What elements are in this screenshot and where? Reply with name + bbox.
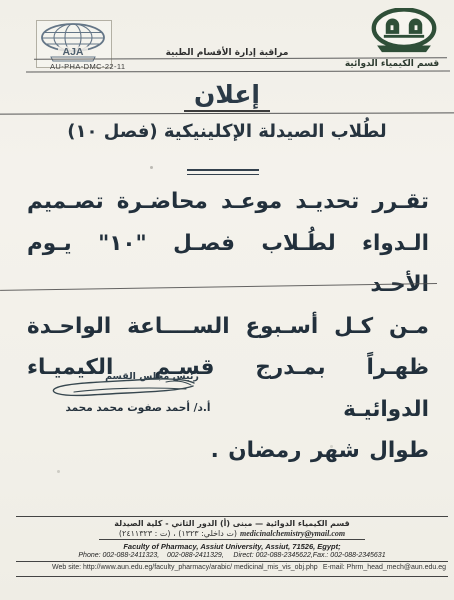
footer-ar-phones: (ت داخلي: ١٣٢٣) ، (ت : ٢٤١١٣٢٣) (119, 529, 237, 538)
header-center-label: مراقبة إدارة الأقسام الطبية (127, 48, 327, 58)
footer-bottom-rule (16, 576, 448, 577)
body-line-5: طوال شهر رمضان . (27, 430, 429, 472)
footer-web-row: Web site: http://www.aun.edu.eg/faculty_… (16, 562, 448, 573)
announcement-body: تقـرر تحديـد موعـد محاضـرة تصـميم الـدوا… (27, 181, 429, 472)
body-line-3: مـن كـل أسـبوع الســــاعة الواحـدة (27, 306, 429, 348)
scan-speck (150, 166, 153, 169)
subtitle-underline (187, 169, 259, 175)
signature-scribble-icon (46, 377, 198, 404)
footer-ar-underline (99, 539, 365, 540)
department-label: قسم الكيمياء الدوائية (336, 59, 448, 69)
scan-speck (330, 445, 333, 448)
document-code: AU-PHA-DMC-22-11 (50, 62, 125, 71)
scanned-document-page: AJA AU-PHA-DMC-22-11 مراقبة إدارة الأقسا… (0, 0, 454, 600)
aja-globe-logo-icon: AJA (36, 20, 112, 68)
footer-ar-address: قسم الكيمياء الدوائية — مبنى (أ) الدور ا… (16, 519, 448, 528)
footer-ar-contacts: medicinalchemistry@ymail.com (ت داخلي: ١… (16, 529, 448, 538)
signatory-name: أ.د/ أحمد صفوت محمد محمد (42, 402, 234, 414)
body-line-1: تقـرر تحديـد موعـد محاضـرة تصـميم (27, 181, 429, 223)
footer-dept-email: medicinalchemistry@ymail.com (240, 529, 345, 538)
footer-en-phones: Phone: 002-088-2411323, 002-088-2411329,… (16, 552, 448, 559)
body-line-2: الـدواء لطُـلاب فصـل "١٠" يـوم الأحـد (27, 223, 429, 306)
university-emblem-icon (370, 8, 438, 56)
footer-en-address: Faculty of Pharmacy, Assiut University, … (16, 542, 448, 551)
announcement-title: إعلان (184, 80, 270, 112)
header-rule-bottom (26, 70, 450, 72)
title-row: إعلان (0, 80, 454, 112)
footer-website: Web site: http://www.aun.edu.eg/faculty_… (52, 564, 318, 571)
title-divider (0, 112, 454, 114)
document-footer: قسم الكيمياء الدوائية — مبنى (أ) الدور ا… (16, 516, 448, 577)
announcement-subtitle: لطُلاب الصيدلة الإكلينيكية (فصل ١٠) (0, 121, 454, 142)
footer-email: E-mail: Phrm_head_mech@aun.edu.eg (323, 564, 446, 571)
scan-speck (57, 470, 60, 473)
aja-logo-text: AJA (62, 46, 83, 58)
